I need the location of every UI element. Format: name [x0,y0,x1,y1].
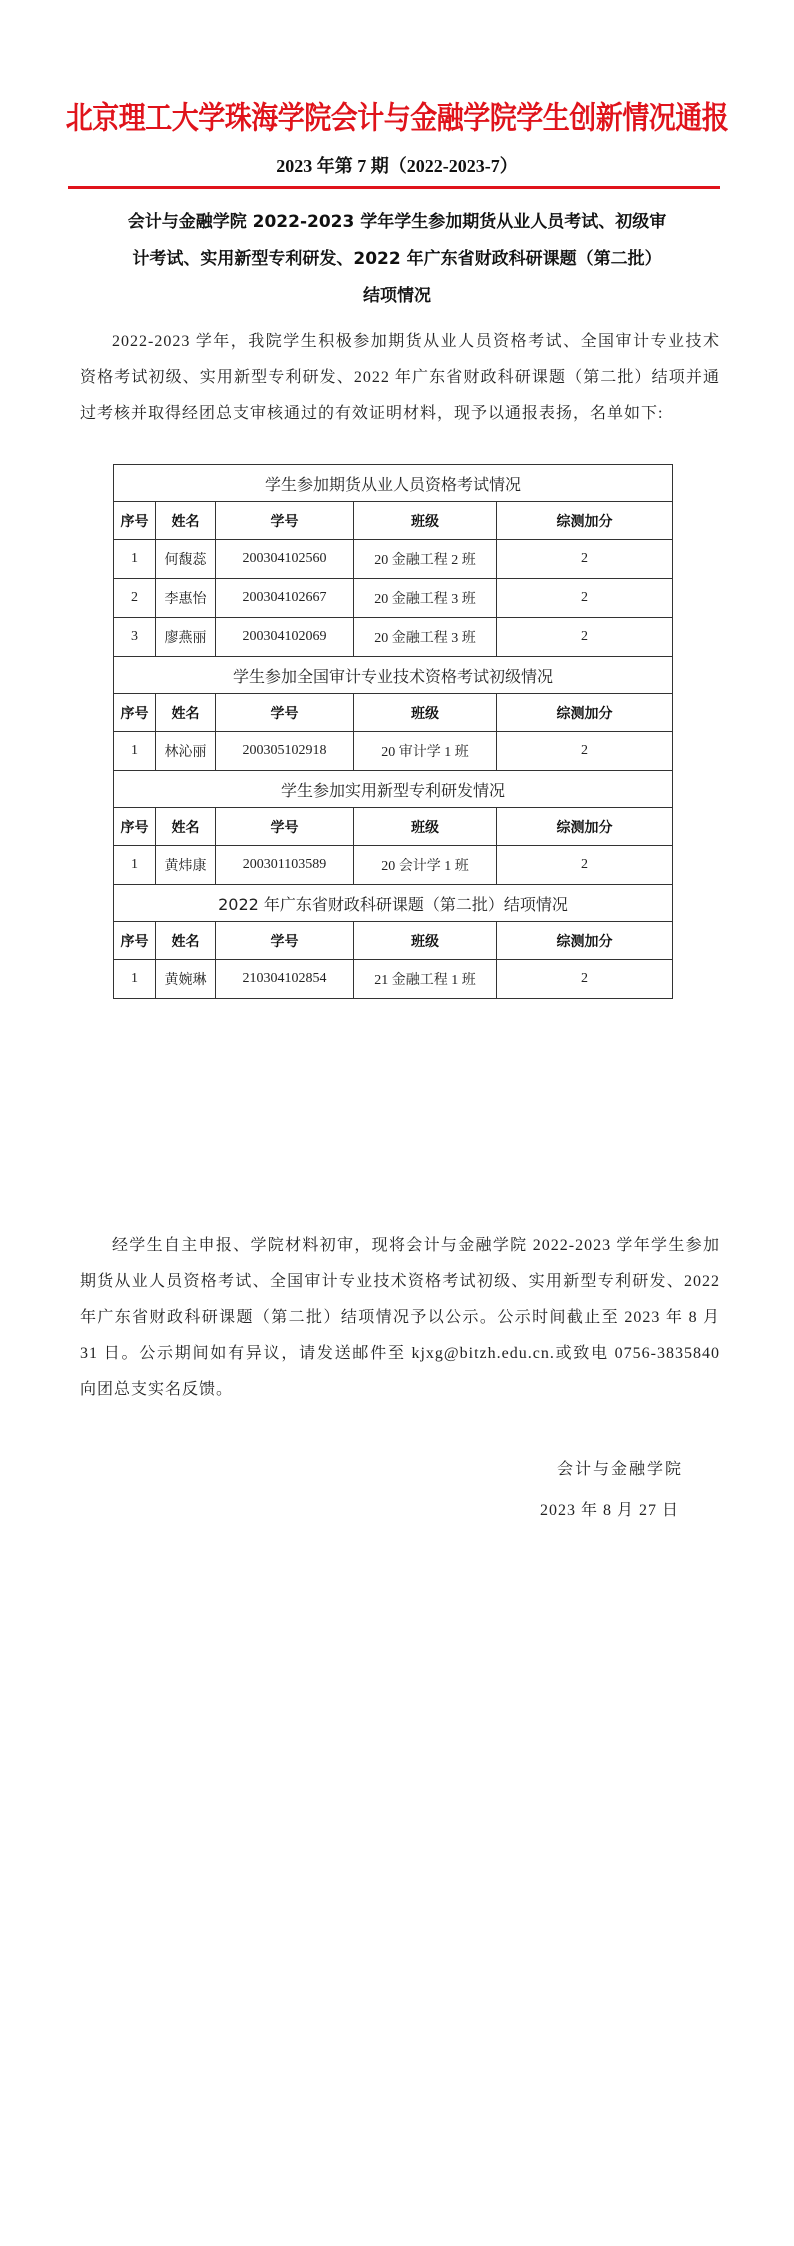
cell-name: 廖燕丽 [156,618,216,657]
col-index: 序号 [114,808,156,846]
section-title-row: 学生参加全国审计专业技术资格考试初级情况 [114,657,673,694]
table-row: 2 李惠怡 200304102667 20 金融工程 3 班 2 [114,579,673,618]
section-title-row: 学生参加期货从业人员资格考试情况 [114,465,673,502]
cell-name: 林沁丽 [156,732,216,771]
table-row: 1 黄婉琳 210304102854 21 金融工程 1 班 2 [114,960,673,999]
header-divider [68,186,720,189]
cell-name: 何馥蕊 [156,540,216,579]
cell-student-id: 200304102667 [216,579,354,618]
col-name: 姓名 [156,922,216,960]
cell-class: 20 金融工程 3 班 [354,579,497,618]
col-score: 综测加分 [497,922,673,960]
cell-score: 2 [497,732,673,771]
table-row: 1 何馥蕊 200304102560 20 金融工程 2 班 2 [114,540,673,579]
col-index: 序号 [114,694,156,732]
cell-score: 2 [497,579,673,618]
column-header-row: 序号 姓名 学号 班级 综测加分 [114,502,673,540]
heading-line: 会计与金融学院 2022-2023 学年学生参加期货从业人员考试、初级审 [110,204,684,241]
cell-index: 1 [114,846,156,885]
col-name: 姓名 [156,694,216,732]
cell-class: 20 金融工程 2 班 [354,540,497,579]
cell-index: 2 [114,579,156,618]
notice-paragraph: 经学生自主申报、学院材料初审，现将会计与金融学院 2022-2023 学年学生参… [80,1228,720,1408]
cell-student-id: 200304102560 [216,540,354,579]
results-table: 学生参加期货从业人员资格考试情况 序号 姓名 学号 班级 综测加分 1 何馥蕊 … [113,464,673,999]
col-score: 综测加分 [497,502,673,540]
section-heading: 会计与金融学院 2022-2023 学年学生参加期货从业人员考试、初级审 计考试… [110,204,684,315]
cell-name: 李惠怡 [156,579,216,618]
cell-score: 2 [497,618,673,657]
cell-class: 20 会计学 1 班 [354,846,497,885]
col-score: 综测加分 [497,808,673,846]
column-header-row: 序号 姓名 学号 班级 综测加分 [114,808,673,846]
col-student-id: 学号 [216,922,354,960]
col-name: 姓名 [156,502,216,540]
section-title: 学生参加实用新型专利研发情况 [114,771,673,808]
col-class: 班级 [354,694,497,732]
cell-index: 1 [114,960,156,999]
col-class: 班级 [354,808,497,846]
intro-paragraph: 2022-2023 学年，我院学生积极参加期货从业人员资格考试、全国审计专业技术… [80,324,720,432]
cell-class: 21 金融工程 1 班 [354,960,497,999]
heading-line: 结项情况 [110,278,684,315]
col-class: 班级 [354,502,497,540]
cell-class: 20 金融工程 3 班 [354,618,497,657]
issue-number: 2023 年第 7 期（2022-2023-7） [0,152,794,178]
cell-score: 2 [497,960,673,999]
heading-line: 计考试、实用新型专利研发、2022 年广东省财政科研课题（第二批） [110,241,684,278]
cell-name: 黄婉琳 [156,960,216,999]
table-row: 1 林沁丽 200305102918 20 审计学 1 班 2 [114,732,673,771]
col-class: 班级 [354,922,497,960]
section-title: 2022 年广东省财政科研课题（第二批）结项情况 [114,885,673,922]
column-header-row: 序号 姓名 学号 班级 综测加分 [114,694,673,732]
col-index: 序号 [114,922,156,960]
col-index: 序号 [114,502,156,540]
cell-score: 2 [497,540,673,579]
cell-index: 3 [114,618,156,657]
section-title: 学生参加期货从业人员资格考试情况 [114,465,673,502]
col-student-id: 学号 [216,808,354,846]
signoff-date: 2023 年 8 月 27 日 [540,1497,720,1520]
cell-name: 黄炜康 [156,846,216,885]
cell-student-id: 200304102069 [216,618,354,657]
section-title-row: 学生参加实用新型专利研发情况 [114,771,673,808]
signoff-organization: 会计与金融学院 [530,1456,710,1479]
document-title: 北京理工大学珠海学院会计与金融学院学生创新情况通报 [0,93,794,138]
table-row: 1 黄炜康 200301103589 20 会计学 1 班 2 [114,846,673,885]
col-student-id: 学号 [216,694,354,732]
col-student-id: 学号 [216,502,354,540]
cell-class: 20 审计学 1 班 [354,732,497,771]
column-header-row: 序号 姓名 学号 班级 综测加分 [114,922,673,960]
col-score: 综测加分 [497,694,673,732]
cell-score: 2 [497,846,673,885]
cell-student-id: 200305102918 [216,732,354,771]
cell-index: 1 [114,540,156,579]
cell-student-id: 210304102854 [216,960,354,999]
cell-index: 1 [114,732,156,771]
table-row: 3 廖燕丽 200304102069 20 金融工程 3 班 2 [114,618,673,657]
col-name: 姓名 [156,808,216,846]
section-title: 学生参加全国审计专业技术资格考试初级情况 [114,657,673,694]
cell-student-id: 200301103589 [216,846,354,885]
section-title-row: 2022 年广东省财政科研课题（第二批）结项情况 [114,885,673,922]
